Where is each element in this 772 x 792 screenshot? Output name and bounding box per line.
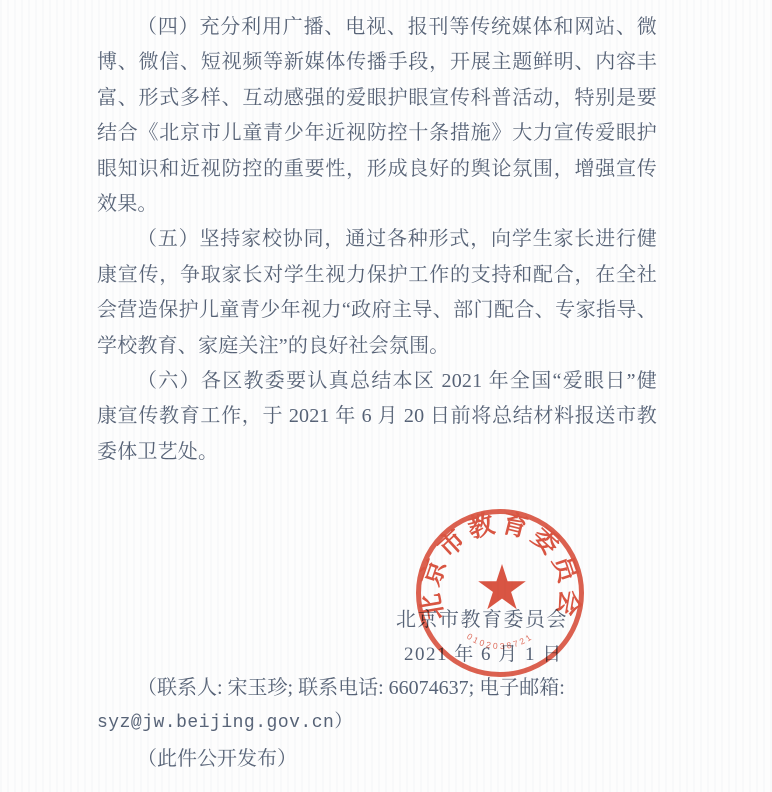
svg-text:0102038721: 0102038721 — [465, 631, 535, 651]
body-line: 效果。 — [97, 187, 657, 222]
body-line: 学校教育、家庭关注”的良好社会氛围。 — [97, 329, 657, 364]
body-line: 博、微信、短视频等新媒体传播手段，开展主题鲜明、内容丰 — [97, 45, 657, 80]
official-seal: 北京市教育委员会 0102038721 — [412, 505, 588, 681]
contact-line: （联系人: 宋玉珍; 联系电话: 66074637; 电子邮箱: — [97, 671, 717, 706]
document-body: （四）充分利用广播、电视、报刊等传统媒体和网站、微 博、微信、短视频等新媒体传播… — [97, 10, 657, 470]
body-line: （五）坚持家校协同，通过各种形式，向学生家长进行健 — [97, 222, 657, 257]
body-line: 康宣传教育工作，于 2021 年 6 月 20 日前将总结材料报送市教 — [97, 399, 657, 434]
body-line: （四）充分利用广播、电视、报刊等传统媒体和网站、微 — [97, 10, 657, 45]
body-line: 会营造保护儿童青少年视力“政府主导、部门配合、专家指导、 — [97, 293, 657, 328]
body-line: 眼知识和近视防控的重要性，形成良好的舆论氛围，增强宣传 — [97, 152, 657, 187]
contact-email-line: syz@jw.beijing.gov.cn） — [97, 706, 717, 741]
seal-star-icon — [478, 564, 526, 609]
seal-code: 0102038721 — [465, 631, 535, 651]
public-release-note: （此件公开发布） — [97, 742, 717, 777]
body-line: 委体卫艺处。 — [97, 435, 657, 470]
svg-text:北京市教育委员会: 北京市教育委员会 — [415, 507, 585, 622]
contact-block: （联系人: 宋玉珍; 联系电话: 66074637; 电子邮箱: syz@jw.… — [97, 671, 717, 777]
body-line: 富、形式多样、互动感强的爱眼护眼宣传科普活动，特别是要 — [97, 81, 657, 116]
scanned-document-page: （四）充分利用广播、电视、报刊等传统媒体和网站、微 博、微信、短视频等新媒体传播… — [0, 0, 772, 792]
body-line: （六）各区教委要认真总结本区 2021 年全国“爱眼日”健 — [97, 364, 657, 399]
body-line: 结合《北京市儿童青少年近视防控十条措施》大力宣传爱眼护 — [97, 116, 657, 151]
body-line: 康宣传，争取家长对学生视力保护工作的支持和配合，在全社 — [97, 258, 657, 293]
seal-arc-text: 北京市教育委员会 — [415, 507, 585, 622]
